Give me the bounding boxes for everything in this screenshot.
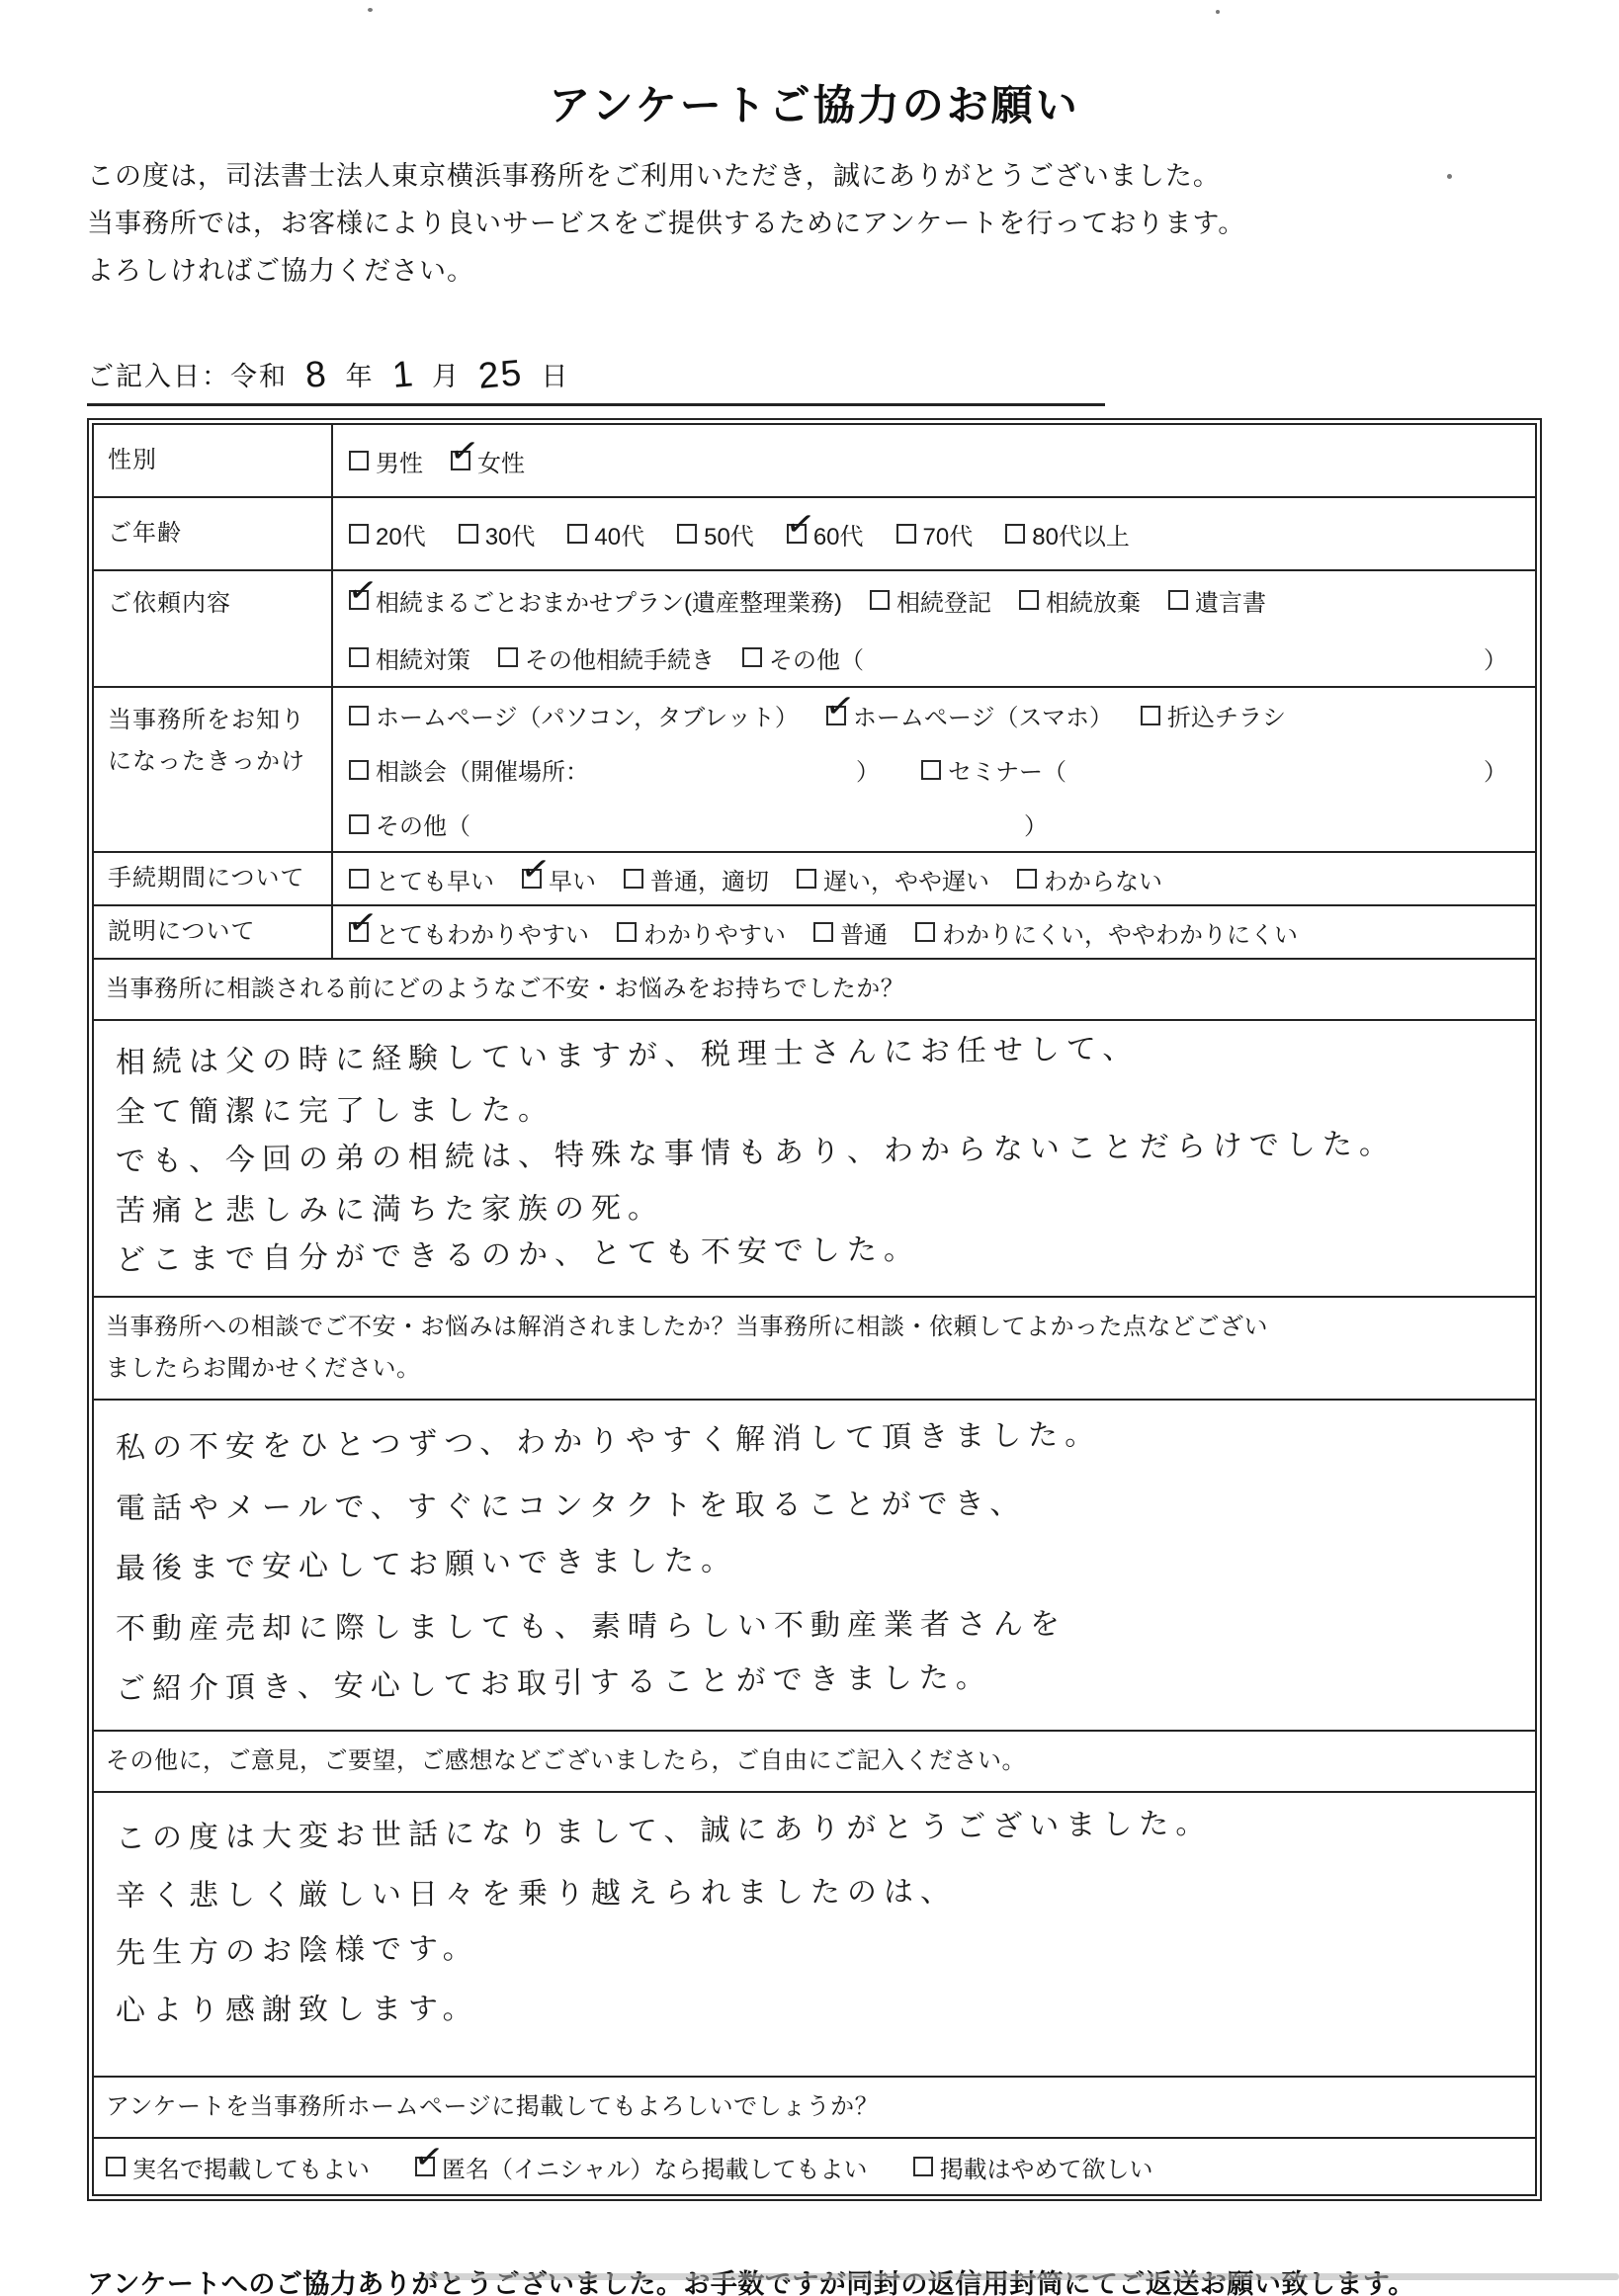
option-fast: 早い — [522, 862, 596, 896]
option-label: 遅い，やや遅い — [823, 862, 989, 896]
option-label: 普通，適切 — [650, 862, 769, 896]
option-label: 実名で掲載してもよい — [132, 2150, 370, 2184]
handwritten-line: この度は大変お世話になりまして、誠にありがとうございました。 — [116, 1791, 1526, 1868]
option-label: 男性 — [376, 444, 423, 478]
option-clear: わかりやすい — [617, 915, 786, 950]
option-label: 60代 — [813, 517, 864, 552]
checkbox-inheritance-renunciation[interactable] — [1019, 590, 1039, 610]
option-dont-know: わからない — [1017, 862, 1162, 896]
option-other-inheritance-procedures: その他相続手続き — [498, 640, 715, 675]
close-paren: ） — [856, 752, 894, 787]
option-label: 掲載はやめて欲しい — [940, 2150, 1153, 2184]
checkbox-unclear[interactable] — [915, 922, 935, 942]
checkbox-very-fast[interactable] — [349, 869, 369, 889]
handwritten-line: 心より感謝致します。 — [116, 1976, 1525, 2040]
option-40s: 40代 — [567, 517, 644, 552]
option-seminar: セミナー（ ） — [921, 752, 1521, 787]
date-year-unit: 年 — [346, 355, 375, 393]
row-label-age: ご年齢 — [94, 498, 333, 569]
answer-1-handwritten: 相続は父の時に経験していますが、税理士さんにお任せして、 全て簡潔に完了しました… — [94, 1021, 1535, 1298]
checkbox-slow[interactable] — [797, 869, 816, 889]
question-text: 当事務所への相談でご不安・お悩みは解消されましたか？当事務所に相談・依頼してよか… — [106, 1307, 1523, 1348]
intro-line-3: よろしければご協力ください。 — [87, 247, 1542, 295]
option-publish-real-name: 実名で掲載してもよい — [106, 2150, 370, 2184]
option-label: 相続まるごとおまかせプラン(遺産整理業務) — [376, 583, 842, 618]
checkbox-normal-appropriate[interactable] — [624, 869, 643, 889]
option-label: 30代 — [485, 517, 536, 552]
option-label: 相談会（開催場所： — [376, 752, 589, 787]
option-label: 70代 — [923, 517, 974, 552]
checkbox-homepage-pc[interactable] — [349, 706, 369, 725]
option-inheritance-registration: 相続登記 — [870, 583, 991, 618]
option-label: セミナー（ — [948, 752, 1066, 787]
row-label-text: 手続期間について — [108, 858, 331, 899]
question-text: その他に，ご意見，ご要望，ご感想などございましたら，ご自由にご記入ください。 — [106, 1747, 1026, 1774]
question-text: ましたらお聞かせください。 — [106, 1348, 1523, 1390]
option-label: その他相続手続き — [525, 640, 715, 675]
checkbox-dont-know[interactable] — [1017, 869, 1037, 889]
option-label: ホームページ（スマホ） — [853, 698, 1113, 732]
row-publish-options: 実名で掲載してもよい 匿名（イニシャル）なら掲載してもよい 掲載はやめて欲しい — [94, 2139, 1535, 2194]
question-2: 当事務所への相談でご不安・お悩みは解消されましたか？当事務所に相談・依頼してよか… — [94, 1298, 1535, 1401]
checkbox-clear[interactable] — [617, 922, 637, 942]
option-homepage-smartphone: ホームページ（スマホ） — [826, 698, 1113, 732]
checkbox-publish-real-name[interactable] — [106, 2157, 126, 2176]
option-omakase-plan: 相続まるごとおまかせプラン(遺産整理業務) — [349, 583, 842, 618]
option-label: 50代 — [704, 517, 754, 552]
option-source-other: その他（ ） — [349, 807, 1062, 841]
scanned-survey-page: アンケートご協力のお願い この度は，司法書士法人東京横浜事務所をご利用いただき，… — [0, 0, 1619, 2296]
row-label-speed: 手続期間について — [94, 853, 333, 904]
option-inheritance-planning: 相続対策 — [349, 640, 470, 675]
option-label: とてもわかりやすい — [376, 915, 589, 950]
answer-2-handwritten: 私の不安をひとつずつ、わかりやすく解消して頂きました。 電話やメールで、すぐにコ… — [94, 1401, 1535, 1732]
intro-line-2: 当事務所では，お客様により良いサービスをご提供するためにアンケートを行っておりま… — [87, 200, 1542, 247]
scan-artifact — [368, 8, 373, 12]
checkbox-other-inheritance-procedures[interactable] — [498, 647, 518, 667]
checkbox-will[interactable] — [1168, 590, 1188, 610]
option-very-fast: とても早い — [349, 862, 494, 896]
option-label: わかりやすい — [643, 915, 786, 950]
question-text: 当事務所に相談される前にどのようなご不安・お悩みをお持ちでしたか？ — [106, 976, 904, 1002]
row-explanation-clarity: 説明について とてもわかりやすい わかりやすい — [94, 906, 1535, 960]
checkbox-normal[interactable] — [813, 922, 833, 942]
page-title: アンケートご協力のお願い — [87, 73, 1542, 132]
option-homepage-pc: ホームページ（パソコン，タブレット） — [349, 698, 799, 732]
checkbox-20s[interactable] — [349, 524, 369, 544]
row-label-how-found: 当事務所をお知り になったきっかけ — [94, 688, 333, 851]
checkbox-50s[interactable] — [677, 524, 697, 544]
option-label: とても早い — [376, 862, 494, 896]
row-label-clarity: 説明について — [94, 906, 333, 958]
option-very-clear: とてもわかりやすい — [349, 915, 589, 950]
checkbox-30s[interactable] — [459, 524, 478, 544]
row-age: ご年齢 20代 30代 40代 — [94, 498, 1535, 571]
row-label-text: になったきっかけ — [108, 741, 331, 783]
row-label-text: ご年齢 — [108, 513, 331, 554]
date-month-unit: 月 — [432, 355, 461, 393]
option-label: その他（ — [769, 640, 864, 675]
scan-artifact-bottom-edge — [425, 2273, 1619, 2280]
row-procedure-speed: 手続期間について とても早い 早い 普 — [94, 853, 1535, 906]
checkbox-request-other[interactable] — [742, 647, 762, 667]
handwritten-line: 相続は父の時に経験していますが、税理士さんにお任せして、 — [116, 1019, 1526, 1088]
option-20s: 20代 — [349, 517, 426, 552]
option-label: 遺言書 — [1195, 583, 1266, 618]
checkbox-consultation-event[interactable] — [349, 760, 369, 780]
option-label: 普通 — [840, 915, 888, 950]
option-label: 相続放棄 — [1046, 583, 1141, 618]
option-label: ホームページ（パソコン，タブレット） — [376, 698, 799, 732]
close-paren: ） — [1484, 640, 1521, 675]
option-request-other: その他（ ） — [742, 640, 1521, 675]
checkbox-inheritance-registration[interactable] — [870, 590, 890, 610]
checkbox-omakase-plan[interactable] — [349, 590, 369, 610]
option-label: 匿名（イニシャル）なら掲載してもよい — [442, 2150, 868, 2184]
option-normal-appropriate: 普通，適切 — [624, 862, 769, 896]
checkbox-70s[interactable] — [896, 524, 916, 544]
date-day-handwritten: 25 — [476, 352, 525, 397]
row-gender: 性別 男性 女性 — [94, 425, 1535, 498]
option-label: 相続登記 — [896, 583, 991, 618]
intro-line-1: この度は，司法書士法人東京横浜事務所をご利用いただき，誠にありがとうございました… — [87, 152, 1542, 200]
option-60s: 60代 — [787, 517, 864, 552]
date-month-handwritten: 1 — [390, 353, 416, 396]
question-publish: アンケートを当事務所ホームページに掲載してもよろしいでしょうか？ — [94, 2078, 1535, 2139]
survey-table: 性別 男性 女性 — [87, 418, 1542, 2201]
row-label-text: 説明について — [108, 911, 331, 953]
row-label-gender: 性別 — [94, 425, 333, 496]
row-how-found: 当事務所をお知り になったきっかけ ホームページ（パソコン，タブレット） ホーム… — [94, 688, 1535, 853]
checkbox-very-clear[interactable] — [349, 922, 369, 942]
option-70s: 70代 — [896, 517, 974, 552]
checkbox-homepage-smartphone[interactable] — [826, 706, 846, 725]
option-no-publish: 掲載はやめて欲しい — [913, 2150, 1153, 2184]
option-label: 早い — [549, 862, 596, 896]
option-80s-plus: 80代以上 — [1005, 517, 1130, 552]
option-label: 20代 — [376, 517, 426, 552]
option-female: 女性 — [451, 444, 525, 478]
answer-3-handwritten: この度は大変お世話になりまして、誠にありがとうございました。 辛く悲しく厳しい日… — [94, 1793, 1535, 2078]
checkbox-fast[interactable] — [522, 869, 542, 889]
row-label-text: ご依頼内容 — [108, 583, 331, 625]
option-flyer: 折込チラシ — [1141, 698, 1286, 732]
option-label: その他（ — [376, 807, 470, 841]
scan-artifact — [1216, 10, 1220, 14]
checkbox-seminar[interactable] — [921, 760, 941, 780]
option-label: 40代 — [594, 517, 644, 552]
scan-artifact — [1447, 174, 1452, 179]
option-label: わからない — [1044, 862, 1162, 896]
row-label-text: 性別 — [108, 440, 331, 481]
date-prefix: ご記入日：令和 — [87, 355, 288, 393]
date-day-unit: 日 — [541, 355, 569, 393]
row-request-type: ご依頼内容 相続まるごとおまかせプラン(遺産整理業務) 相続登記 — [94, 571, 1535, 688]
question-3: その他に，ご意見，ご要望，ご感想などございましたら，ご自由にご記入ください。 — [94, 1732, 1535, 1793]
checkbox-inheritance-planning[interactable] — [349, 647, 369, 667]
checkbox-40s[interactable] — [567, 524, 587, 544]
option-consultation-event: 相談会（開催場所： ） — [349, 752, 894, 787]
close-paren: ） — [1484, 752, 1521, 787]
option-label: 折込チラシ — [1167, 698, 1286, 732]
option-label: 相続対策 — [376, 640, 470, 675]
row-label-text: 当事務所をお知り — [108, 700, 331, 741]
checkbox-60s[interactable] — [787, 524, 807, 544]
option-male: 男性 — [349, 444, 423, 478]
option-unclear: わかりにくい，ややわかりにくい — [915, 915, 1298, 950]
option-normal: 普通 — [813, 915, 888, 950]
option-slow: 遅い，やや遅い — [797, 862, 989, 896]
option-30s: 30代 — [459, 517, 536, 552]
row-label-request: ご依頼内容 — [94, 571, 333, 686]
question-text: アンケートを当事務所ホームページに掲載してもよろしいでしょうか？ — [106, 2093, 879, 2120]
option-50s: 50代 — [677, 517, 754, 552]
option-inheritance-renunciation: 相続放棄 — [1019, 583, 1141, 618]
checkbox-female[interactable] — [451, 451, 470, 470]
checkbox-80s-plus[interactable] — [1005, 524, 1025, 544]
question-1: 当事務所に相談される前にどのようなご不安・お悩みをお持ちでしたか？ — [94, 960, 1535, 1021]
date-year-handwritten: 8 — [303, 353, 329, 396]
handwritten-line: 私の不安をひとつずつ、わかりやすく解消して頂きました。 — [116, 1399, 1526, 1479]
intro-paragraph: この度は，司法書士法人東京横浜事務所をご利用いただき，誠にありがとうございました… — [87, 152, 1542, 295]
option-label: わかりにくい，ややわかりにくい — [942, 915, 1298, 950]
option-label: 80代以上 — [1032, 517, 1130, 552]
checkbox-no-publish[interactable] — [913, 2157, 933, 2176]
option-label: 女性 — [477, 444, 525, 478]
option-will: 遺言書 — [1168, 583, 1266, 618]
checkbox-flyer[interactable] — [1141, 706, 1160, 725]
option-publish-anonymous: 匿名（イニシャル）なら掲載してもよい — [415, 2150, 868, 2184]
close-paren: ） — [1024, 807, 1062, 841]
checkbox-publish-anonymous[interactable] — [415, 2157, 435, 2176]
checkbox-male[interactable] — [349, 451, 369, 470]
fill-in-date: ご記入日：令和 8 年 1 月 25 日 — [87, 352, 1105, 406]
checkbox-source-other[interactable] — [349, 814, 369, 834]
